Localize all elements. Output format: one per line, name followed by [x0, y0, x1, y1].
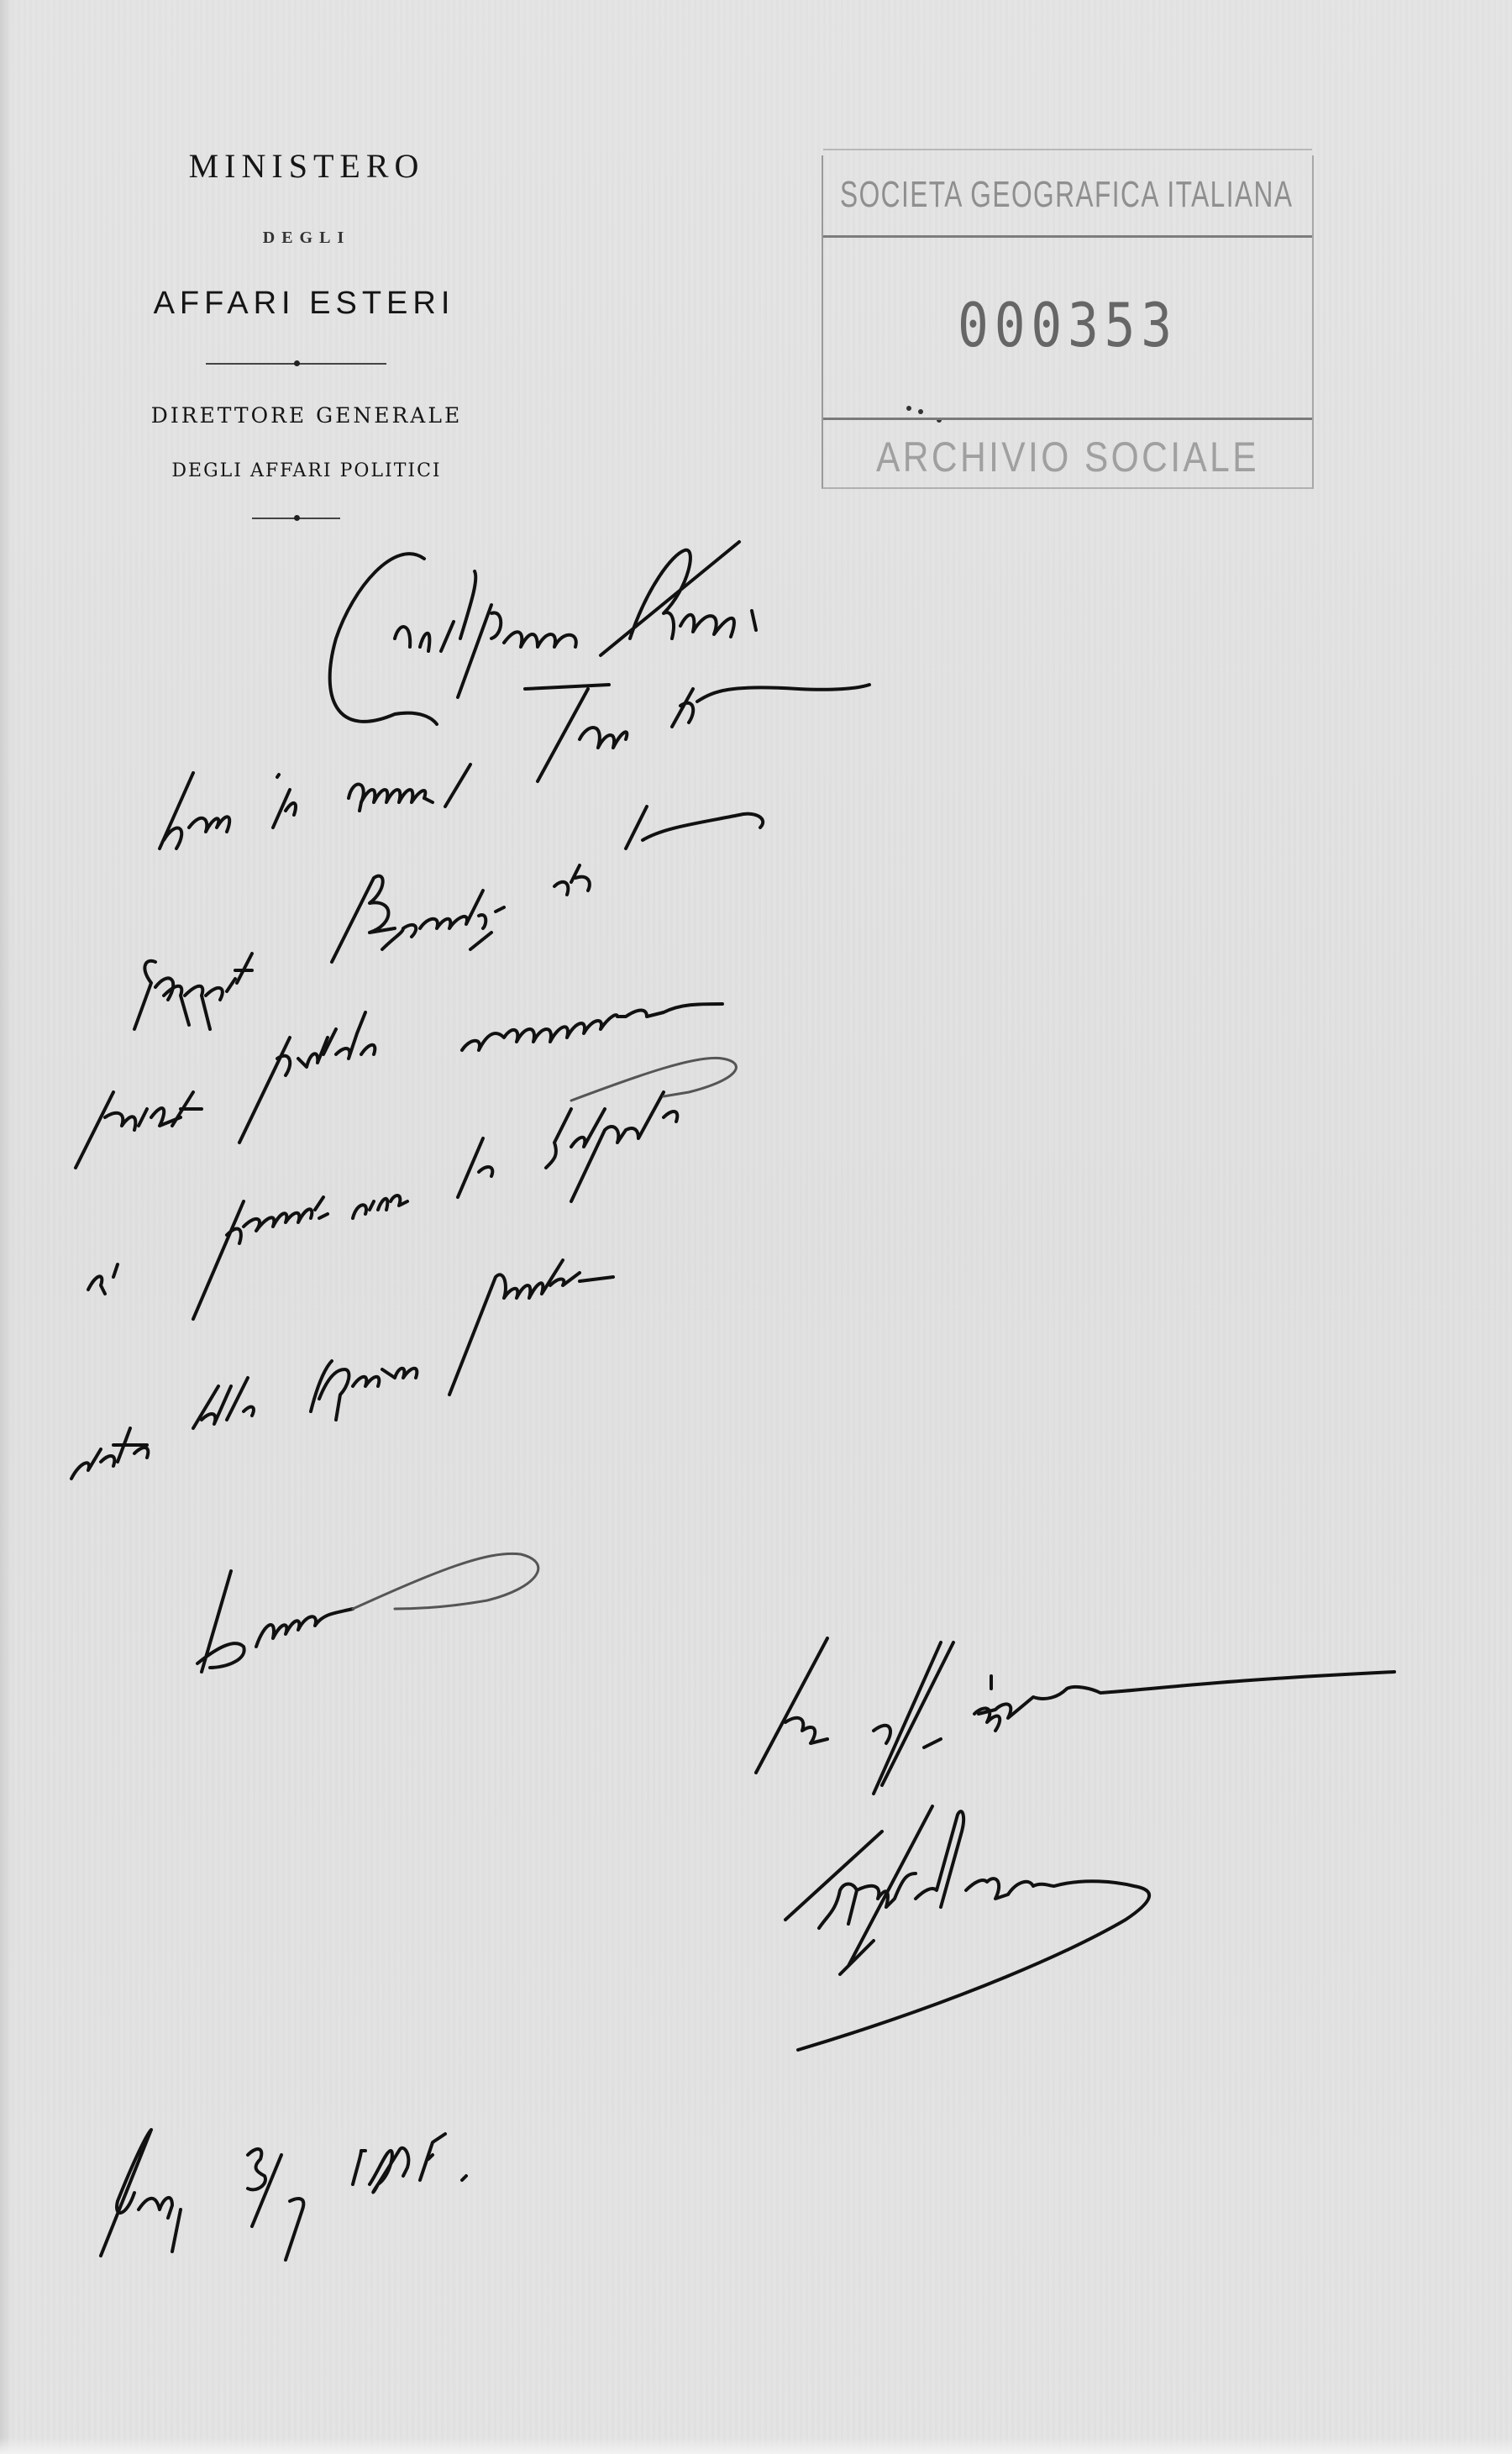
handwritten-line-5: [71, 1260, 613, 1479]
handwritten-closing: [197, 1553, 538, 1672]
handwritten-dateline: [101, 2130, 466, 2260]
handwritten-line-3: [76, 1004, 722, 1168]
letter-paper: MINISTERO DEGLI AFFARI ESTERI DIRETTORE …: [0, 0, 1512, 2454]
handwritten-valediction: [756, 1638, 1394, 1794]
handwritten-salutation: [330, 542, 756, 724]
handwritten-signature: [785, 1806, 1149, 2050]
handwriting-ink: [0, 0, 1512, 2454]
handwritten-line-2: [134, 807, 763, 1029]
handwritten-line-4: [88, 1058, 736, 1319]
